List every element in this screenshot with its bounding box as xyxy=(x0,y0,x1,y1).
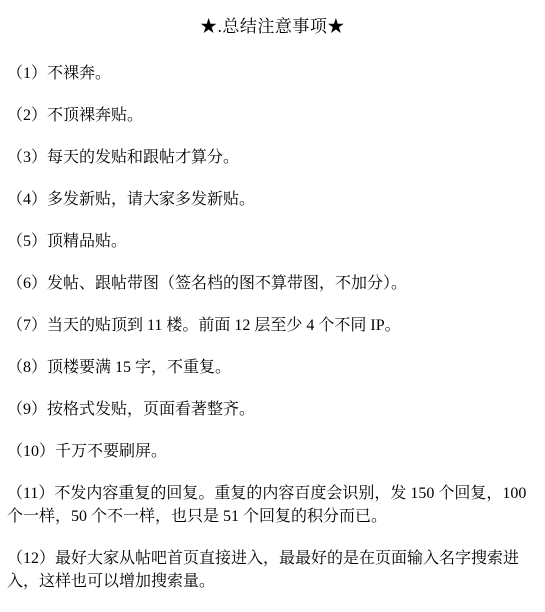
note-item-12: （12）最好大家从帖吧首页直接进入，最最好的是在页面输入名字搜索进入，这样也可以… xyxy=(7,547,538,593)
page-title: ★.总结注意事项★ xyxy=(7,16,538,38)
note-item-6: （6）发帖、跟帖带图（签名档的图不算带图，不加分）。 xyxy=(7,272,538,295)
note-item-4: （4）多发新贴，请大家多发新贴。 xyxy=(7,188,538,211)
note-item-2: （2）不顶裸奔贴。 xyxy=(7,104,538,127)
note-item-9: （9）按格式发贴，页面看著整齐。 xyxy=(7,398,538,421)
note-item-7: （7）当天的贴顶到 11 楼。前面 12 层至少 4 个不同 IP。 xyxy=(7,314,538,337)
document-page: ★.总结注意事项★ （1）不裸奔。 （2）不顶裸奔贴。 （3）每天的发贴和跟帖才… xyxy=(0,0,545,612)
note-item-10: （10）千万不要刷屏。 xyxy=(7,440,538,463)
note-item-11: （11）不发内容重复的回复。重复的内容百度会识别，发 150 个回复，100 个… xyxy=(7,482,538,528)
note-item-5: （5）顶精品贴。 xyxy=(7,230,538,253)
note-item-3: （3）每天的发贴和跟帖才算分。 xyxy=(7,146,538,169)
note-item-1: （1）不裸奔。 xyxy=(7,62,538,85)
note-item-8: （8）顶楼要满 15 字，不重复。 xyxy=(7,356,538,379)
